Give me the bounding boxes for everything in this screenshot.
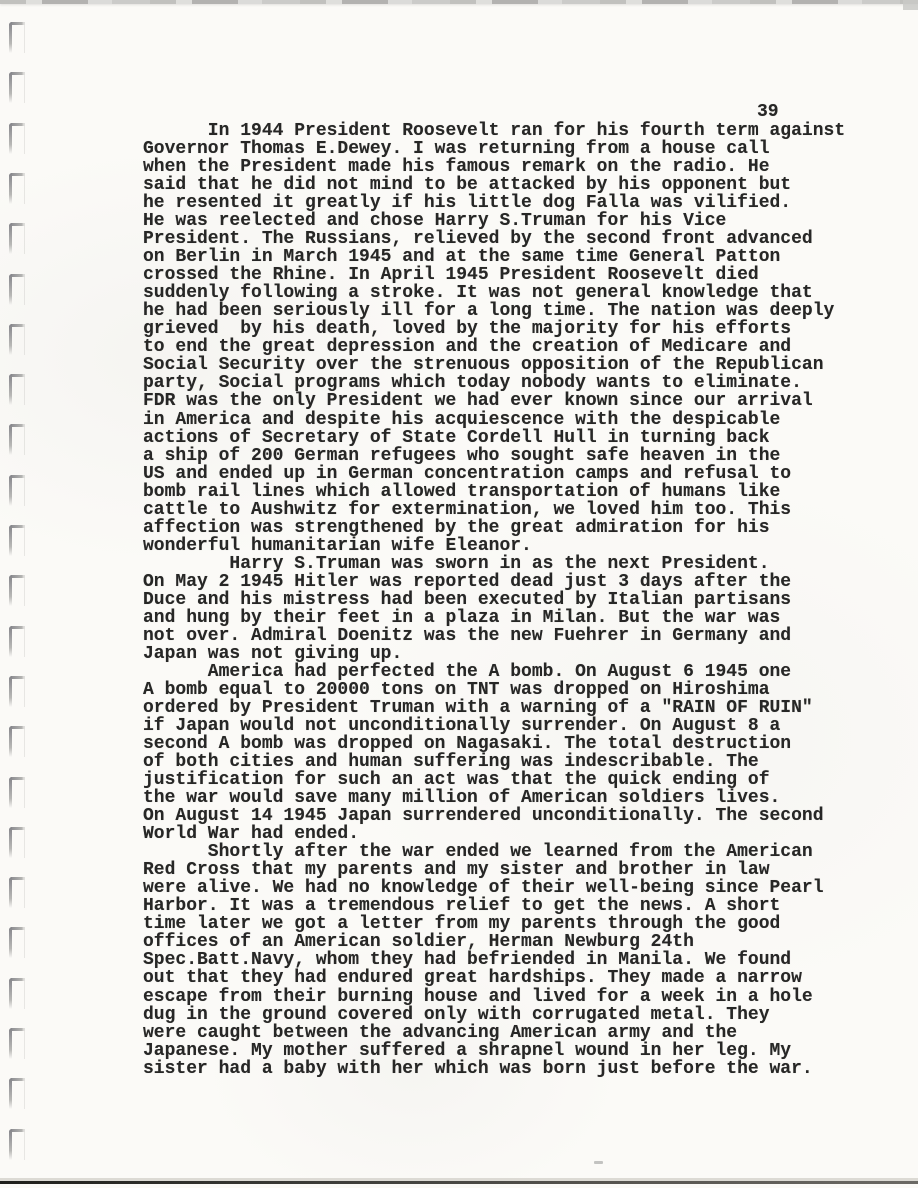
binding-hole-mark [9, 877, 25, 908]
body-text: In 1944 President Roosevelt ran for his … [143, 122, 845, 1078]
scan-edge-bottom [0, 1181, 918, 1184]
binding-hole-mark [9, 374, 25, 405]
binding-hole-mark [9, 72, 25, 103]
scan-speck [594, 1161, 603, 1164]
binding-hole-mark [9, 475, 25, 506]
binding-hole-mark [9, 726, 25, 757]
binding-hole-mark [9, 1129, 25, 1160]
binding-hole-mark [9, 22, 25, 53]
scanned-page: 39 In 1944 President Roosevelt ran for h… [0, 0, 918, 1188]
binding-hole-mark [9, 927, 25, 958]
binding-hole-mark [9, 1028, 25, 1059]
binding-hole-mark [9, 525, 25, 556]
binding-hole-mark [9, 274, 25, 305]
binding-hole-mark [9, 626, 25, 657]
binding-hole-mark [9, 978, 25, 1009]
binding-hole-mark [9, 173, 25, 204]
binding-rail [0, 0, 32, 1188]
binding-hole-mark [9, 123, 25, 154]
page-number: 39 [757, 103, 779, 121]
binding-hole-mark [9, 777, 25, 808]
binding-hole-mark [9, 324, 25, 355]
binding-hole-mark [9, 1078, 25, 1109]
scan-edge-top [0, 0, 918, 4]
binding-hole-mark [9, 676, 25, 707]
binding-hole-mark [9, 827, 25, 858]
binding-hole-mark [9, 575, 25, 606]
binding-hole-mark [9, 223, 25, 254]
scan-smudge-top-right [903, 0, 918, 10]
binding-hole-mark [9, 424, 25, 455]
